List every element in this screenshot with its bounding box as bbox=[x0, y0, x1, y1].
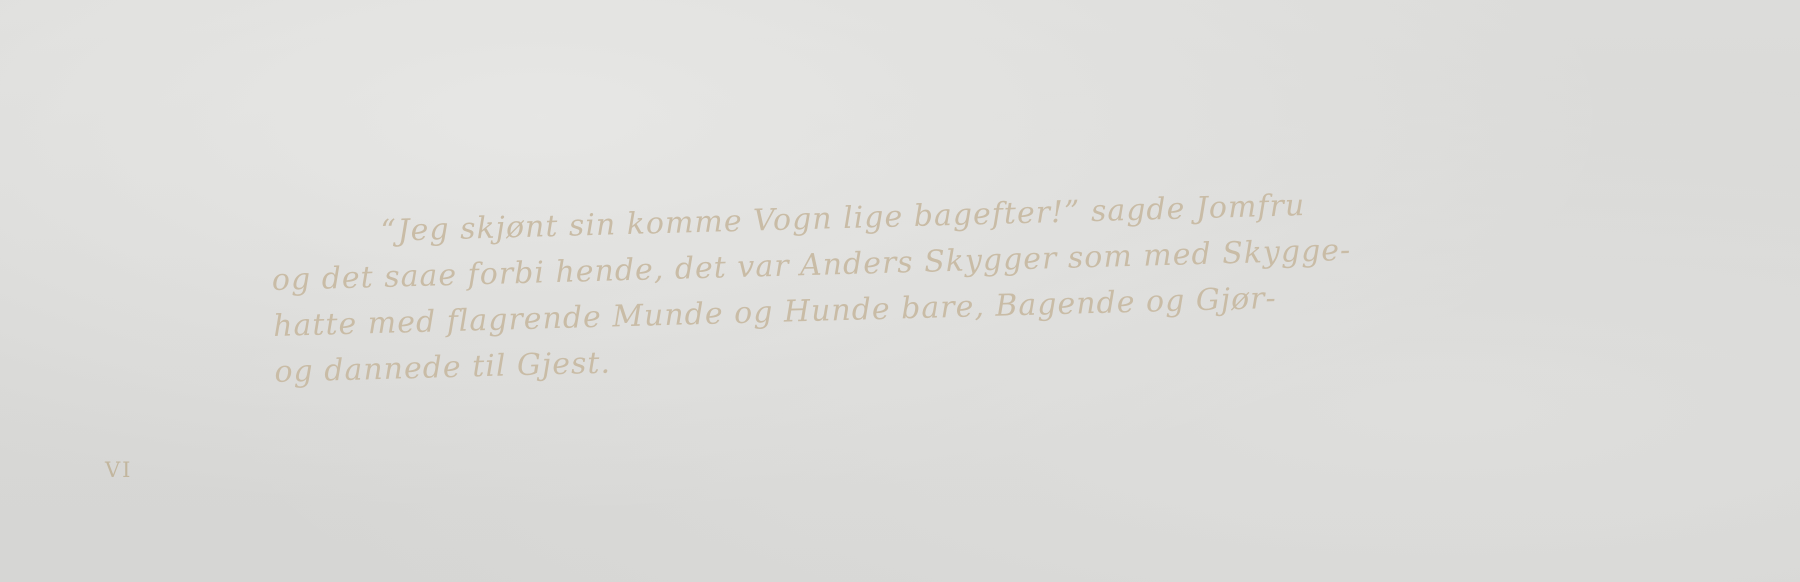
handwritten-text-block: “Jeg skjønt sin komme Vogn lige bagefter… bbox=[270, 171, 1745, 396]
page-number: VI bbox=[105, 458, 132, 482]
manuscript-page: “Jeg skjønt sin komme Vogn lige bagefter… bbox=[0, 0, 1800, 582]
